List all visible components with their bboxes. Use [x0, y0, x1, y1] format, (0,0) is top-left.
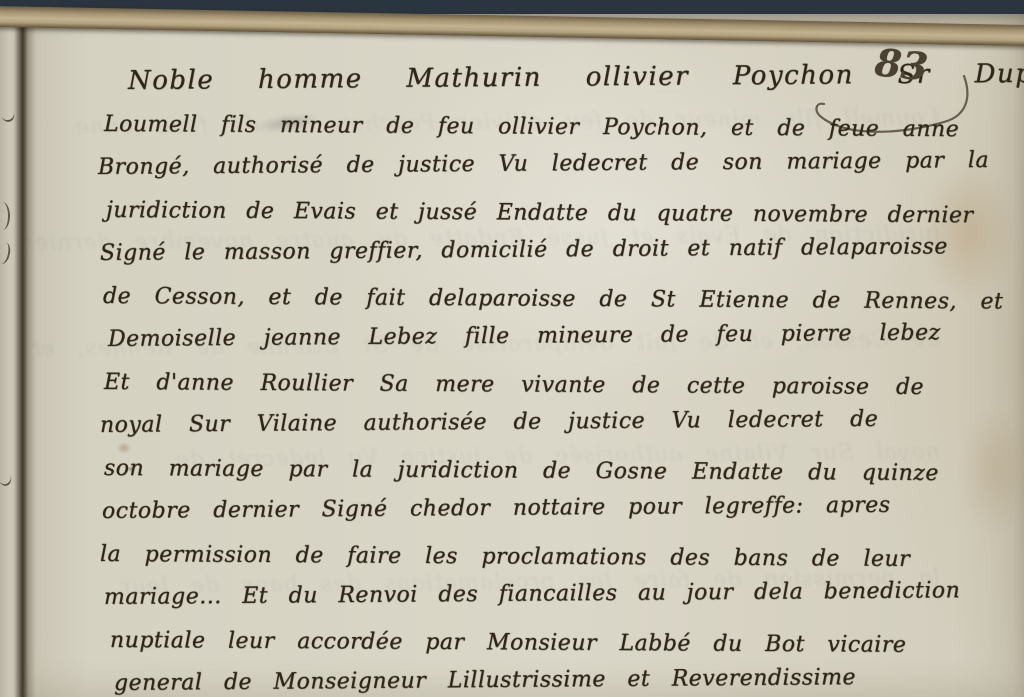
manuscript-line: Brongé, authorisé de justice Vu ledecret… [98, 139, 1000, 189]
page-number: 83 [873, 39, 930, 89]
margin-ink-mark [0, 202, 10, 230]
manuscript-line: Signé le masson greffier, domicilié de d… [100, 225, 1000, 275]
manuscript-photo: Loumell fils mineur de feu ollivier Poyc… [0, 0, 1024, 697]
manuscript-line: noyal Sur Vilaine authorisée de justice … [100, 397, 1000, 447]
margin-ink-mark [0, 241, 12, 265]
manuscript-text: Noble homme Mathurin ollivier Poychon Sr… [98, 60, 1000, 697]
manuscript-line: mariage... Et du Renvoi des fiancailles … [104, 569, 1000, 619]
page-gutter-shadow [14, 8, 36, 697]
manuscript-line: Demoiselle jeanne Lebez fille mineure de… [108, 311, 1000, 361]
manuscript-line: general de Monseigneur Lillustrissime et… [114, 655, 1000, 697]
manuscript-line: Noble homme Mathurin ollivier Poychon Sr… [128, 53, 1000, 103]
manuscript-page: Loumell fils mineur de feu ollivier Poyc… [20, 14, 1024, 697]
manuscript-line: octobre dernier Signé chedor nottaire po… [102, 483, 1000, 533]
margin-ink-mark [0, 466, 14, 488]
